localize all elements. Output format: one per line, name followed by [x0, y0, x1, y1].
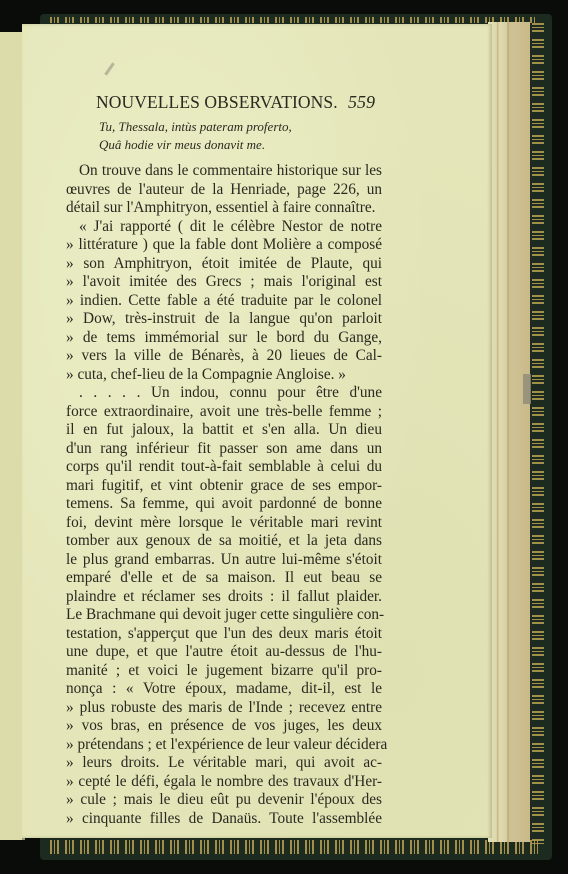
text-line: testation, s'apperçut que l'un des deux … — [66, 625, 382, 644]
pencil-mark — [104, 62, 114, 75]
epigraph-line: Tu, Thessala, intùs pateram proferto, — [99, 118, 486, 136]
text-line: plaindre et réclamer ses droits : il fal… — [66, 588, 382, 607]
text-line: emparé d'elle et de sa maison. Il eut be… — [66, 569, 382, 588]
text-line: foi, devint mère lorsque le véritable ma… — [66, 514, 382, 533]
epigraph-line: Quâ hodie vir meus donavit me. — [99, 136, 486, 154]
book-page: NOUVELLES OBSERVATIONS. 559 Tu, Thessala… — [22, 24, 492, 838]
text-line: il en fut jaloux, la battit et s'en alla… — [66, 421, 382, 440]
text-line: » Dow, très-instruit de la langue qu'on … — [66, 310, 382, 329]
text-line: » cepté le défi, égala le nombre des tra… — [66, 773, 382, 792]
text-line: » vos bras, en présence de vos juges, le… — [66, 717, 382, 736]
ribbon-marker — [523, 374, 531, 404]
text-line: mari fugitif, et vint obtenir grace de s… — [66, 477, 382, 496]
text-line: d'un rang inférieur fit passer son ame d… — [66, 440, 382, 459]
book-scan: NOUVELLES OBSERVATIONS. 559 Tu, Thessala… — [0, 0, 568, 874]
text-line: temens. Sa femme, qui avoit pardonné de … — [66, 495, 382, 514]
text-line: » cuta, chef-lieu de la Compagnie Angloi… — [66, 366, 382, 385]
text-line: une dupe, et que l'autre étoit au-dessus… — [66, 643, 382, 662]
text-line: » indien. Cette fable a été traduite par… — [66, 292, 382, 311]
text-line: Le Brachmane qui devoit juger cette sing… — [66, 606, 382, 625]
text-line: . . . . . Un indou, connu pour être d'un… — [66, 384, 382, 403]
text-line: » l'avoit imitée des Grecs ; mais l'orig… — [66, 273, 382, 292]
body-text: On trouve dans le commentaire historique… — [66, 162, 382, 828]
text-line: tomber aux genoux de sa moitié, et la je… — [66, 532, 382, 551]
text-line: « J'ai rapporté ( dit le célèbre Nestor … — [66, 218, 382, 237]
text-line: détail sur l'Amphitryon, essentiel à fai… — [66, 199, 382, 218]
text-line: » de tems immémorial sur le bord du Gang… — [66, 329, 382, 348]
text-line: » leurs droits. Le véritable mari, qui a… — [66, 754, 382, 773]
text-line: » cule ; mais le dieu eût pu devenir l'é… — [66, 791, 382, 810]
gilt-border-right — [532, 20, 544, 846]
text-line: » prétendans ; et l'expérience de leur v… — [66, 736, 382, 755]
text-line: corps qu'il rendit tout-à-fait semblable… — [66, 458, 382, 477]
epigraph: Tu, Thessala, intùs pateram proferto, Qu… — [99, 118, 486, 154]
text-line: » littérature ) que la fable dont Molièr… — [66, 236, 382, 255]
text-line: œuvres de l'auteur de la Henriade, page … — [66, 181, 382, 200]
text-line: » vers la ville de Bénarès, à 20 lieues … — [66, 347, 382, 366]
gilt-border-top — [48, 17, 536, 23]
text-line: force extraordinaire, avoit une très-bel… — [66, 403, 382, 422]
text-line: » cinquante filles de Danaüs. Toute l'as… — [66, 810, 382, 829]
gilt-border-bottom — [48, 840, 538, 854]
text-line: On trouve dans le commentaire historique… — [66, 162, 382, 181]
running-title: NOUVELLES OBSERVATIONS. — [96, 92, 338, 113]
text-line: » son Amphitryon, étoit imitée de Plaute… — [66, 255, 382, 274]
text-line: » plus robuste des maris de l'Inde ; rec… — [66, 699, 382, 718]
page-edges — [488, 22, 530, 842]
page-number: 559 — [348, 92, 375, 113]
text-line: manité ; et voici le jugement bizarre qu… — [66, 662, 382, 681]
running-head: NOUVELLES OBSERVATIONS. 559 — [66, 92, 486, 118]
text-line: nonça : « Votre époux, madame, dit-il, e… — [66, 680, 382, 699]
page-content: NOUVELLES OBSERVATIONS. 559 Tu, Thessala… — [66, 92, 486, 828]
text-line: le plus grand embarras. Un autre lui-mêm… — [66, 551, 382, 570]
